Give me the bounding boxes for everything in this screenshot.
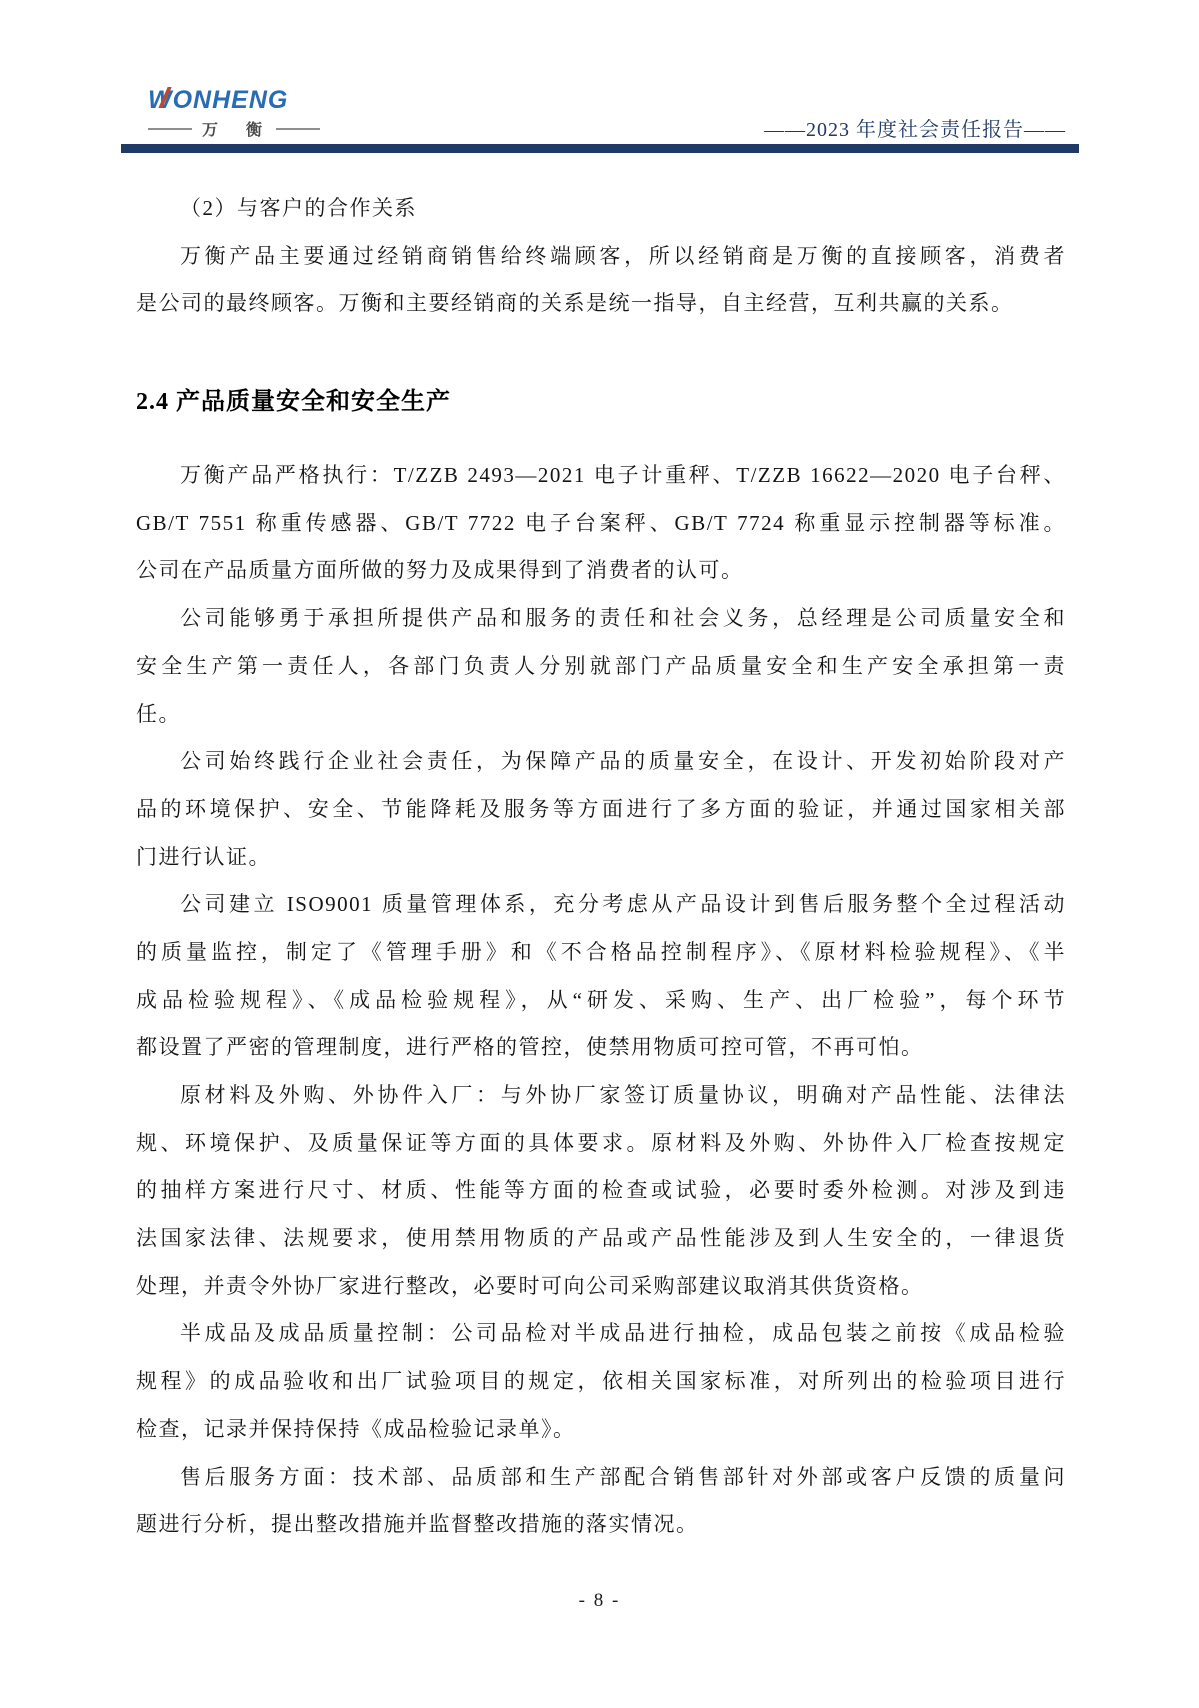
paragraph-line: 公司在产品质量方面所做的努力及成果得到了消费者的认可。	[136, 547, 1066, 595]
paragraph-line: 是公司的最终顾客。万衡和主要经销商的关系是统一指导，自主经营，互利共赢的关系。	[136, 280, 1066, 328]
paragraph-line: 任。	[136, 691, 1066, 739]
logo-right-rule	[276, 128, 320, 130]
paragraph-line: 万衡产品主要通过经销商销售给终端顾客，所以经销商是万衡的直接顾客，消费者	[136, 233, 1066, 281]
paragraph-line: 的质量监控，制定了《管理手册》和《不合格品控制程序》、《原材料检验规程》、《半	[136, 929, 1066, 977]
paragraph-line: 处理，并责令外协厂家进行整改，必要时可向公司采购部建议取消其供货资格。	[136, 1263, 1066, 1311]
report-title: ——2023 年度社会责任报告——	[764, 113, 1066, 142]
paragraph-line: 安全生产第一责任人，各部门负责人分别就部门产品质量安全和生产安全承担第一责	[136, 643, 1066, 691]
logo-chinese-name: 万 衡	[202, 117, 274, 140]
paragraph-line: 门进行认证。	[136, 834, 1066, 882]
paragraph-line: 的抽样方案进行尺寸、材质、性能等方面的检查或试验，必要时委外检测。对涉及到违	[136, 1167, 1066, 1215]
logo-wordmark: WONHENG	[148, 88, 323, 113]
paragraph-line: 万衡产品严格执行：T/ZZB 2493—2021 电子计重秤、T/ZZB 166…	[136, 452, 1066, 500]
paragraph-line: 公司能够勇于承担所提供产品和服务的责任和社会义务，总经理是公司质量安全和	[136, 595, 1066, 643]
paragraph-line: 公司建立 ISO9001 质量管理体系，充分考虑从产品设计到售后服务整个全过程活…	[136, 881, 1066, 929]
document-body: （2）与客户的合作关系 万衡产品主要通过经销商销售给终端顾客，所以经销商是万衡的…	[136, 185, 1066, 1549]
paragraph-line: 原材料及外购、外协件入厂：与外协厂家签订质量协议，明确对产品性能、法律法	[136, 1072, 1066, 1120]
paragraph-line: （2）与客户的合作关系	[136, 185, 1066, 233]
paragraph-line: 公司始终践行企业社会责任，为保障产品的质量安全，在设计、开发初始阶段对产	[136, 738, 1066, 786]
paragraph-line: 法国家法律、法规要求，使用禁用物质的产品或产品性能涉及到人生安全的，一律退货	[136, 1215, 1066, 1263]
paragraph-line: 售后服务方面：技术部、品质部和生产部配合销售部针对外部或客户反馈的质量问	[136, 1454, 1066, 1502]
paragraph-line: 题进行分析，提出整改措施并监督整改措施的落实情况。	[136, 1501, 1066, 1549]
header-divider-bar	[121, 144, 1079, 153]
paragraph-line: GB/T 7551 称重传感器、GB/T 7722 电子台案秤、GB/T 772…	[136, 500, 1066, 548]
logo-chinese-name-row: 万 衡	[148, 117, 320, 140]
logo-left-rule	[148, 128, 192, 130]
paragraph-line: 都设置了严密的管理制度，进行严格的管控，使禁用物质可控可管，不再可怕。	[136, 1024, 1066, 1072]
page-number: - 8 -	[0, 1590, 1199, 1612]
paragraph-line: 规、环境保护、及质量保证等方面的具体要求。原材料及外购、外协件入厂检查按规定	[136, 1120, 1066, 1168]
paragraph-line: 品的环境保护、安全、节能降耗及服务等方面进行了多方面的验证，并通过国家相关部	[136, 786, 1066, 834]
paragraph-line: 成品检验规程》、《成品检验规程》，从“研发、采购、生产、出厂检验”，每个环节	[136, 977, 1066, 1025]
company-logo: WONHENG 万 衡	[148, 88, 323, 140]
section-heading: 2.4 产品质量安全和安全生产	[136, 378, 1066, 426]
document-page: WONHENG 万 衡 ——2023 年度社会责任报告—— （2）与客户的合作关…	[0, 0, 1199, 1708]
paragraph-line: 检查，记录并保持保持《成品检验记录单》。	[136, 1406, 1066, 1454]
paragraph-line: 半成品及成品质量控制：公司品检对半成品进行抽检，成品包装之前按《成品检验	[136, 1310, 1066, 1358]
paragraph-line: 规程》的成品验收和出厂试验项目的规定，依相关国家标准，对所列出的检验项目进行	[136, 1358, 1066, 1406]
